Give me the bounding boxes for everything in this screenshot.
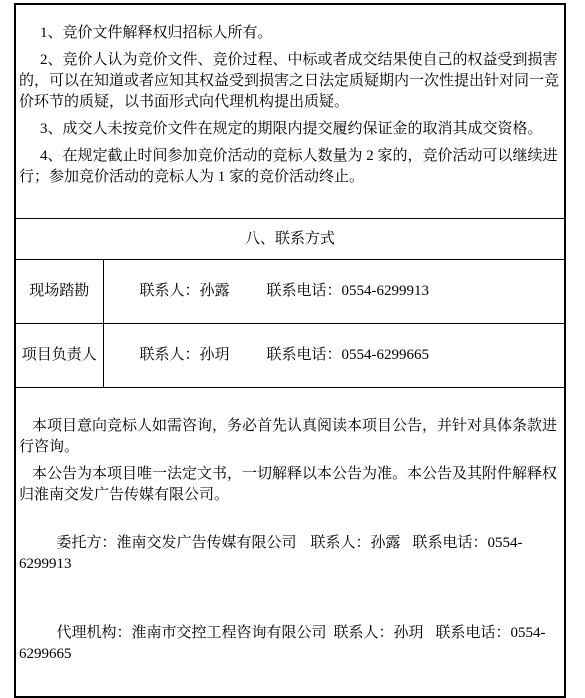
contact-phone: 联系电话：0554-6299665 <box>267 347 430 363</box>
client-person: 联系人：孙露 <box>311 535 401 551</box>
contact-label-project-manager: 项目负责人 <box>15 324 103 388</box>
notes-row: 1、竞价文件解释权归招标人所有。 2、竞价人认为竞价文件、竞价过程、中标或者成交… <box>15 4 565 219</box>
contact-label-site-survey: 现场踏勘 <box>15 260 103 324</box>
footer-paragraph-2: 本公告为本项目唯一法定文书，一切解释以本公告为准。本公告及其附件解释权归淮南交发… <box>19 464 560 506</box>
footer-cell: 本项目意向竞标人如需咨询，务必首先认真阅读本项目公告，并针对具体条款进行咨询。 … <box>15 388 565 698</box>
note-paragraph-2: 2、竞价人认为竞价文件、竞价过程、中标或者成交结果使自己的权益受到损害的，可以在… <box>19 50 560 113</box>
section-title: 八、联系方式 <box>15 219 565 260</box>
section-title-row: 八、联系方式 <box>15 219 565 260</box>
agency-org: 代理机构：淮南市交控工程咨询有限公司 <box>57 625 327 641</box>
contact-phone: 联系电话：0554-6299913 <box>267 283 430 299</box>
agency-person: 联系人：孙玥 <box>334 625 424 641</box>
agency-line: 代理机构：淮南市交控工程咨询有限公司联系人：孙玥联系电话：0554-629966… <box>19 602 560 686</box>
contact-value-project-manager: 联系人：孙玥联系电话：0554-6299665 <box>103 324 565 388</box>
contact-row-project-manager: 项目负责人 联系人：孙玥联系电话：0554-6299665 <box>15 324 565 388</box>
note-paragraph-4: 4、在规定截止时间参加竞价活动的竞标人数量为 2 家的，竞价活动可以继续进行；参… <box>19 146 560 188</box>
client-org: 委托方：淮南交发广告传媒有限公司 <box>57 535 297 551</box>
note-paragraph-1: 1、竞价文件解释权归招标人所有。 <box>19 23 560 44</box>
contact-value-site-survey: 联系人：孙露联系电话：0554-6299913 <box>103 260 565 324</box>
contact-person: 联系人：孙玥 <box>140 347 230 363</box>
contact-row-site-survey: 现场踏勘 联系人：孙露联系电话：0554-6299913 <box>15 260 565 324</box>
document-page: 1、竞价文件解释权归招标人所有。 2、竞价人认为竞价文件、竞价过程、中标或者成交… <box>0 0 585 618</box>
announcement-table: 1、竞价文件解释权归招标人所有。 2、竞价人认为竞价文件、竞价过程、中标或者成交… <box>14 3 566 698</box>
client-line: 委托方：淮南交发广告传媒有限公司联系人：孙露联系电话：0554-6299913 <box>19 512 560 596</box>
footer-paragraph-1: 本项目意向竞标人如需咨询，务必首先认真阅读本项目公告，并针对具体条款进行咨询。 <box>19 416 560 458</box>
footer-row: 本项目意向竞标人如需咨询，务必首先认真阅读本项目公告，并针对具体条款进行咨询。 … <box>15 388 565 698</box>
notes-cell: 1、竞价文件解释权归招标人所有。 2、竞价人认为竞价文件、竞价过程、中标或者成交… <box>15 4 565 219</box>
contact-person: 联系人：孙露 <box>140 283 230 299</box>
note-paragraph-3: 3、成交人未按竞价文件在规定的期限内提交履约保证金的取消其成交资格。 <box>19 119 560 140</box>
